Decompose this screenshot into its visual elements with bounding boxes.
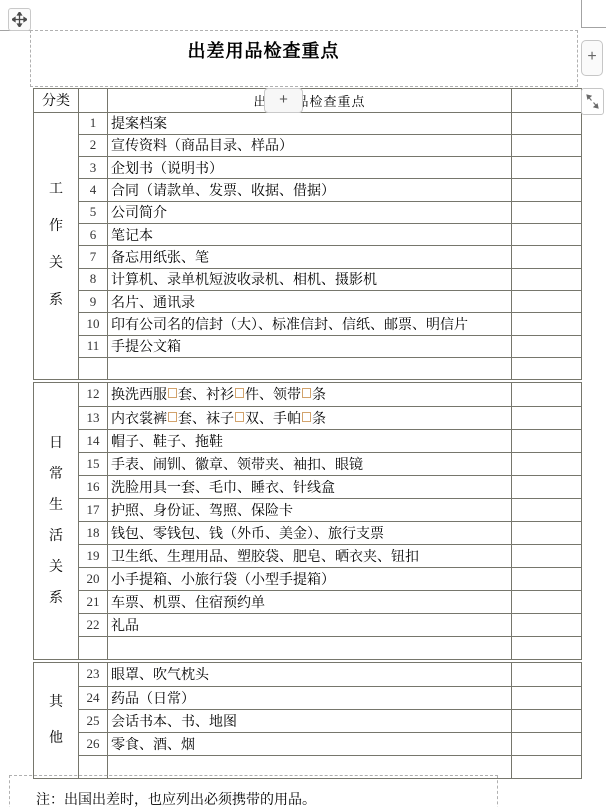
row-number-cell[interactable] [79,637,108,660]
row-items-cell[interactable]: 洗脸用具一套、毛巾、睡衣、针线盒 [108,475,512,498]
add-row-button[interactable]: + [264,88,303,113]
header-number-cell[interactable] [79,89,108,113]
page-margin-mark-top-right-horizontal [581,27,606,28]
row-check-cell[interactable] [512,358,582,380]
checklist-table[interactable]: 分类出差用品检查重点工作关系1提案档案2宣传资料（商品目录、样品）3企划书（说明… [33,88,581,779]
row-check-cell[interactable] [512,383,582,406]
table-row: 14帽子、鞋子、拖鞋 [34,429,582,452]
form-field-box[interactable] [168,412,177,422]
row-number-cell[interactable]: 12 [79,383,108,406]
table-row: 9名片、通讯录 [34,291,582,313]
row-items-cell[interactable]: 会话书本、书、地图 [108,709,512,732]
row-items-cell[interactable]: 企划书（说明书） [108,157,512,179]
category-vertical-label: 其他 [34,696,78,746]
row-items-cell[interactable]: 钱包、零钱包、钱（外币、美金）、旅行支票 [108,521,512,544]
form-field-box[interactable] [302,388,311,398]
table-row [34,637,582,660]
table-row: 20小手提箱、小旅行袋（小型手提箱） [34,568,582,591]
table-header-row: 分类出差用品检查重点 [34,89,582,113]
row-check-cell[interactable] [512,224,582,246]
row-check-cell[interactable] [512,637,582,660]
row-items-cell[interactable]: 卫生纸、生理用品、塑胶袋、肥皂、晒衣夹、钮扣 [108,544,512,567]
row-check-cell[interactable] [512,429,582,452]
row-items-cell[interactable] [108,637,512,660]
form-field-box[interactable] [302,412,311,422]
row-items-cell[interactable]: 合同（请款单、发票、收据、借据） [108,179,512,201]
table-row: 3企划书（说明书） [34,157,582,179]
row-check-cell[interactable] [512,686,582,709]
header-check-cell[interactable] [512,89,582,113]
row-number-cell[interactable]: 17 [79,498,108,521]
row-items-cell[interactable]: 车票、机票、住宿预约单 [108,591,512,614]
row-items-cell[interactable]: 手提公文箱 [108,335,512,357]
row-number-cell[interactable]: 23 [79,663,108,686]
row-check-cell[interactable] [512,732,582,755]
row-check-cell[interactable] [512,335,582,357]
row-check-cell[interactable] [512,591,582,614]
row-number-cell[interactable]: 5 [79,201,108,223]
row-items-cell[interactable]: 零食、酒、烟 [108,732,512,755]
table-row: 24药品（日常） [34,686,582,709]
row-check-cell[interactable] [512,406,582,429]
row-check-cell[interactable] [512,475,582,498]
table-row: 6笔记本 [34,224,582,246]
row-number-cell[interactable]: 8 [79,268,108,290]
row-check-cell[interactable] [512,179,582,201]
row-items-cell[interactable]: 提案档案 [108,112,512,134]
row-number-cell[interactable]: 4 [79,179,108,201]
row-number-cell[interactable]: 11 [79,335,108,357]
row-items-cell[interactable]: 公司简介 [108,201,512,223]
row-number-cell[interactable]: 19 [79,544,108,567]
row-check-cell[interactable] [512,452,582,475]
table-row: 17护照、身份证、驾照、保险卡 [34,498,582,521]
row-check-cell[interactable] [512,709,582,732]
table-row: 7备忘用纸张、笔 [34,246,582,268]
table-row: 26零食、酒、烟 [34,732,582,755]
row-number-cell[interactable] [79,358,108,380]
row-number-cell[interactable]: 3 [79,157,108,179]
table-row: 16洗脸用具一套、毛巾、睡衣、针线盒 [34,475,582,498]
row-items-cell[interactable]: 药品（日常） [108,686,512,709]
category-vertical-label: 工作关系 [34,183,78,308]
table-row: 13内衣裳裤套、袜子双、手帕条 [34,406,582,429]
row-number-cell[interactable]: 20 [79,568,108,591]
row-check-cell[interactable] [512,291,582,313]
row-check-cell[interactable] [512,112,582,134]
row-check-cell[interactable] [512,663,582,686]
row-items-cell[interactable]: 护照、身份证、驾照、保险卡 [108,498,512,521]
row-items-cell[interactable]: 笔记本 [108,224,512,246]
table-row: 2宣传资料（商品目录、样品） [34,134,582,156]
row-number-cell[interactable]: 22 [79,614,108,637]
row-check-cell[interactable] [512,134,582,156]
row-check-cell[interactable] [512,756,582,779]
row-number-cell[interactable]: 24 [79,686,108,709]
row-items-cell[interactable]: 小手提箱、小旅行袋（小型手提箱） [108,568,512,591]
checklist-section-table: 其他23眼罩、吹气枕头24药品（日常）25会话书本、书、地图26零食、酒、烟 [33,662,582,779]
table-row: 21车票、机票、住宿预约单 [34,591,582,614]
category-cell[interactable]: 工作关系 [34,112,79,380]
table-row: 22礼品 [34,614,582,637]
form-field-box[interactable] [235,388,244,398]
table-resize-handle[interactable] [581,88,604,115]
table-row: 25会话书本、书、地图 [34,709,582,732]
add-column-button[interactable]: + [581,40,603,76]
table-row [34,358,582,380]
row-number-cell[interactable]: 21 [79,591,108,614]
row-check-cell[interactable] [512,521,582,544]
table-row: 5公司简介 [34,201,582,223]
row-check-cell[interactable] [512,268,582,290]
document-title: 出差用品检查重点 [30,37,497,63]
row-number-cell[interactable]: 13 [79,406,108,429]
table-row: 8计算机、录单机短波收录机、相机、摄影机 [34,268,582,290]
row-items-cell[interactable]: 名片、通讯录 [108,291,512,313]
category-cell[interactable]: 其他 [34,663,79,779]
row-number-cell[interactable]: 7 [79,246,108,268]
table-move-handle[interactable] [8,8,31,31]
row-check-cell[interactable] [512,201,582,223]
table-row: 其他23眼罩、吹气枕头 [34,663,582,686]
row-number-cell[interactable]: 26 [79,732,108,755]
row-number-cell[interactable]: 1 [79,112,108,134]
checklist-section-table: 日常生活关系12换洗西服套、衬衫件、领带条13内衣裳裤套、袜子双、手帕条14帽子… [33,382,582,660]
row-check-cell[interactable] [512,544,582,567]
table-row: 18钱包、零钱包、钱（外币、美金）、旅行支票 [34,521,582,544]
row-number-cell[interactable]: 2 [79,134,108,156]
form-field-box[interactable] [235,412,244,422]
table-row: 11手提公文箱 [34,335,582,357]
row-number-cell[interactable]: 9 [79,291,108,313]
category-vertical-label: 日常生活关系 [34,437,78,606]
table-row: 19卫生纸、生理用品、塑胶袋、肥皂、晒衣夹、钮扣 [34,544,582,567]
row-check-cell[interactable] [512,246,582,268]
table-row: 10印有公司名的信封（大）、标准信封、信纸、邮票、明信片 [34,313,582,335]
row-items-cell[interactable]: 宣传资料（商品目录、样品） [108,134,512,156]
row-items-cell[interactable] [108,358,512,380]
row-items-cell[interactable]: 眼罩、吹气枕头 [108,663,512,686]
row-items-cell[interactable]: 帽子、鞋子、拖鞋 [108,429,512,452]
footnote: 注：出国出差时，也应列出必须携带的用品。 [36,789,316,807]
table-row: 工作关系1提案档案 [34,112,582,134]
table-row: 15手表、闹钏、徽章、领带夹、袖扣、眼镜 [34,452,582,475]
row-number-cell[interactable]: 14 [79,429,108,452]
category-cell[interactable]: 日常生活关系 [34,383,79,660]
header-items-cell[interactable]: 出差用品检查重点 [108,89,512,113]
form-field-box[interactable] [168,388,177,398]
row-items-cell[interactable]: 内衣裳裤套、袜子双、手帕条 [108,406,512,429]
resize-diagonal-icon [586,94,599,109]
row-check-cell[interactable] [512,313,582,335]
row-items-cell[interactable]: 计算机、录单机短波收录机、相机、摄影机 [108,268,512,290]
row-items-cell[interactable]: 礼品 [108,614,512,637]
row-check-cell[interactable] [512,157,582,179]
row-items-cell[interactable]: 换洗西服套、衬衫件、领带条 [108,383,512,406]
row-items-cell[interactable]: 印有公司名的信封（大）、标准信封、信纸、邮票、明信片 [108,313,512,335]
row-number-cell[interactable]: 10 [79,313,108,335]
checklist-section-table: 分类出差用品检查重点工作关系1提案档案2宣传资料（商品目录、样品）3企划书（说明… [33,88,582,380]
row-number-cell[interactable]: 6 [79,224,108,246]
move-icon [12,12,27,27]
row-number-cell[interactable]: 15 [79,452,108,475]
row-check-cell[interactable] [512,498,582,521]
row-items-cell[interactable]: 手表、闹钏、徽章、领带夹、袖扣、眼镜 [108,452,512,475]
header-category-cell[interactable]: 分类 [34,89,79,113]
row-check-cell[interactable] [512,568,582,591]
row-items-cell[interactable]: 备忘用纸张、笔 [108,246,512,268]
row-number-cell[interactable]: 16 [79,475,108,498]
table-row: 日常生活关系12换洗西服套、衬衫件、领带条 [34,383,582,406]
table-row: 4合同（请款单、发票、收据、借据） [34,179,582,201]
page-margin-mark-top-right-vertical [581,0,582,27]
row-number-cell[interactable]: 25 [79,709,108,732]
row-check-cell[interactable] [512,614,582,637]
row-number-cell[interactable]: 18 [79,521,108,544]
